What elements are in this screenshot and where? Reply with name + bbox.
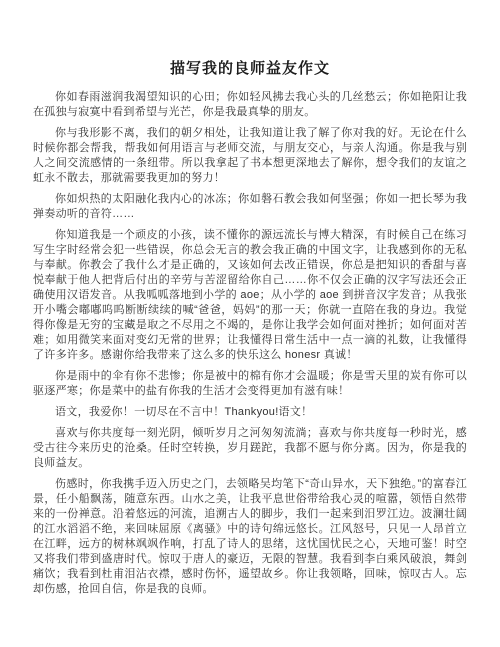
paragraph-love-declaration: 语文，我爱你！一切尽在不言中！Thankyou!语文！ (33, 405, 467, 420)
document-title: 描写我的良师益友作文 (33, 60, 467, 78)
paragraph-metaphors-umbrella: 你是雨中的伞有你不悲惨；你是被中的棉有你才会温暖；你是雪天里的炭有你可以驱逐严寒… (33, 369, 467, 399)
paragraph-learning-chinese: 你知道我是一个顽皮的小孩，读不懂你的源远流长与博大精深，有时候自己在练习写生字时… (33, 228, 467, 363)
paragraph-time-together: 喜欢与你共度每一刻光阴，倾听岁月之河匆匆流淌；喜欢与你共度每一秒时光，感受古往今… (33, 426, 467, 471)
paragraph-metaphors-sun: 你如炽热的太阳融化我内心的冰冻；你如磐石教会我如何坚强；你如一把长琴为我弹奏动听… (33, 192, 467, 222)
paragraph-history-journey: 伤感时，你我携手迈入历史之门，去领略吴均笔下“奇山异水，天下独绝。”的富春江景，… (33, 477, 467, 597)
paragraph-intro: 你如春雨滋润我渴望知识的心田；你如轻风拂去我心头的几丝愁云；你如艳阳让我在孤独与… (33, 90, 467, 120)
document-page: 描写我的良师益友作文 你如春雨滋润我渴望知识的心田；你如轻风拂去我心头的几丝愁云… (0, 0, 500, 647)
paragraph-companionship: 你与我形影不离，我们的朝夕相处，让我知道让我了解了你对我的好。无论在什么时候你都… (33, 126, 467, 186)
